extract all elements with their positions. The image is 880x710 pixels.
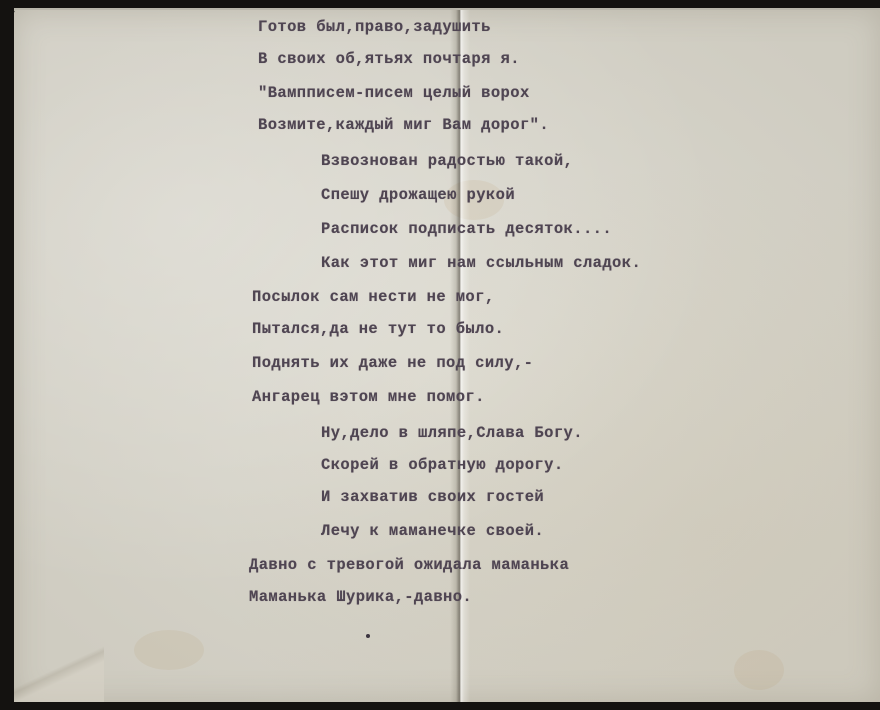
poem-line: Возмите,каждый миг Вам дорог". [258,116,549,134]
poem-line: Расписок подписать десяток.... [321,220,612,238]
poem-line: И захватив своих гостей [321,488,544,506]
poem-line: Ну,дело в шляпе,Слава Богу. [321,424,583,442]
poem-line: Как этот миг нам ссыльным сладок. [321,254,641,272]
poem-text: Готов был,право,задушитьВ своих об,ятьях… [0,0,880,710]
poem-line: "Вампписем-писем целый ворох [258,84,530,102]
poem-line: Маманька Шурика,-давно. [249,588,472,606]
poem-line: Спешу дрожащею рукой [321,186,515,204]
poem-line: Готов был,право,задушить [258,18,491,36]
poem-line: Пытался,да не тут то было. [252,320,504,338]
poem-line: Лечу к маманечке своей. [321,522,544,540]
poem-line: Ангарец вэтом мне помог. [252,388,485,406]
poem-line: Посылок сам нести не мог, [252,288,495,306]
ink-dot [366,634,370,638]
poem-line: Взвознован радостью такой, [321,152,573,170]
poem-line: Давно с тревогой ожидала маманька [249,556,569,574]
poem-line: Скорей в обратную дорогу. [321,456,564,474]
poem-line: Поднять их даже не под силу,- [252,354,533,372]
poem-line: В своих об,ятьях почтаря я. [258,50,520,68]
